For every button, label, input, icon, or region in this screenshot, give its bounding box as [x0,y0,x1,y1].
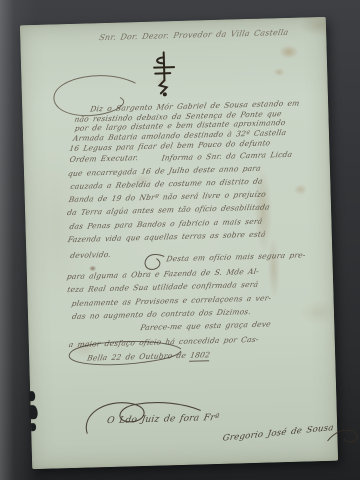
handwritten-line: para alguma a Obra e Fazenda de S. Mde A… [66,268,259,281]
handwritten-line: Fazenda vida que aquellas terras as sobr… [67,231,266,244]
document-heading: Snr. Dor. Dezor. Provedor da Villa Caste… [99,29,290,42]
date-year-underlined: 1802 [189,350,211,362]
handwritten-line: devolvido. [70,251,112,260]
handwritten-line: Desta em ofício mais segura pre- [166,251,306,262]
handwritten-line: da Terra algúa antes sem tão ofício desa… [66,203,270,216]
handwritten-line: Ordem Executar. [69,154,139,163]
edge-ink-mark [29,391,35,401]
handwritten-line: das no augmento do contrato dos Dizimos. [71,308,251,321]
handwritten-line: Informa o Snr. da Camra Licda [161,151,293,162]
handwritten-line: plenamente as Provisoens e correlaçoens … [71,294,272,307]
manuscript-photo: Snr. Dor. Dezor. Provedor da Villa Caste… [0,0,360,480]
signature-end-loop-icon [325,422,360,449]
edge-ink-mark [31,423,36,431]
edge-ink-mark [29,405,37,419]
handwritten-line: Banda de 19 do Nbrº não será livre o pre… [68,191,267,204]
handwritten-line: teza Real onde Sua utilidade confirmada … [67,281,259,294]
signature-name: Gregorio José de Sousa [222,424,334,443]
notary-mark-icon [151,50,178,97]
handwritten-line: cauzada a Rebeldia de costume no distrit… [70,178,264,191]
handwritten-line: que encarregada 16 de Julho deste anno p… [67,165,261,178]
paper-sheet: Snr. Dor. Dezor. Provedor da Villa Caste… [20,17,338,469]
handwritten-line: Parece-me que esta graça deve [140,320,272,331]
date-line: Bella 22 de Outubro de 1802 [86,351,210,362]
handwritten-line: das Penas para Bandos o fabricio a mais … [69,218,263,231]
